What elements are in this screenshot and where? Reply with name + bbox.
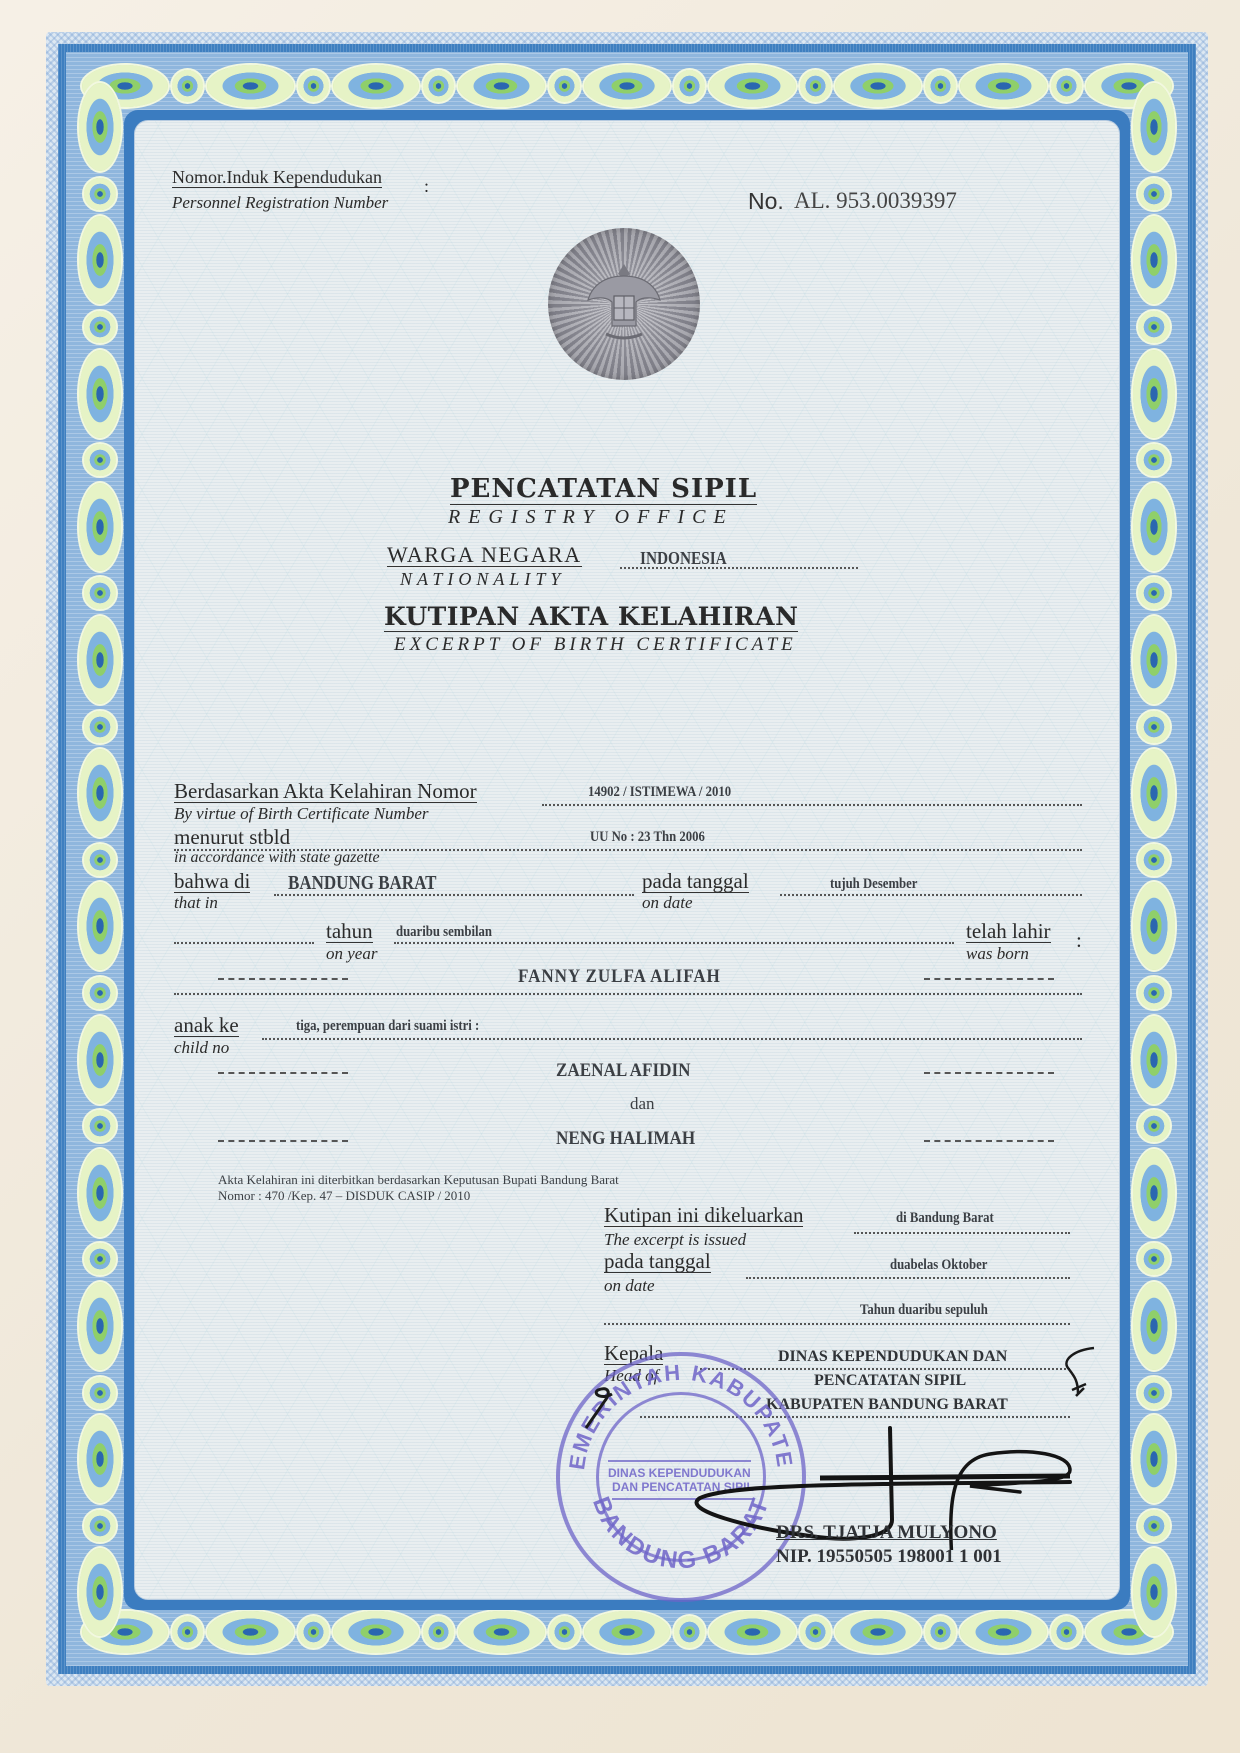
year-dotline <box>394 942 954 944</box>
office-title-en: REGISTRY OFFICE <box>448 506 734 529</box>
issued-date-value: duabelas Oktober <box>890 1257 987 1274</box>
issued-place-label: Kutipan ini dikeluarkan <box>604 1204 803 1227</box>
paraf-mark-right <box>1054 1344 1100 1404</box>
paraf-mark-left <box>582 1382 622 1432</box>
ornament-lens-icon <box>331 63 421 109</box>
office-line-3: KABUPATEN BANDUNG BARAT <box>766 1396 1008 1414</box>
ornament-lens-icon <box>77 880 123 972</box>
issued-date-dotline <box>746 1277 1070 1279</box>
issued-year-dotline <box>604 1323 1070 1325</box>
ornament-lens-icon <box>331 1609 421 1655</box>
decree-line-1: Akta Kelahiran ini diterbitkan berdasark… <box>218 1172 619 1188</box>
ornament-lens-icon <box>1136 1375 1172 1411</box>
ornament-lens-icon <box>1049 68 1084 104</box>
ornament-lens-icon <box>1131 81 1177 173</box>
official-name: DRS. TJATJA MULYONO <box>776 1522 997 1544</box>
ornament-lens-icon <box>547 1614 582 1650</box>
ornament-lens-icon <box>170 68 205 104</box>
mother-name: NENG HALIMAH <box>556 1128 695 1150</box>
ornament-lens-icon <box>205 63 295 109</box>
ornament-lens-icon <box>77 1014 123 1106</box>
mother-dash-left <box>218 1140 348 1142</box>
gazette-value: UU No : 23 Thn 2006 <box>590 829 705 846</box>
nationality-label-en: NATIONALITY <box>400 569 565 590</box>
mother-dash-right <box>924 1140 1054 1142</box>
ornament-lens-icon <box>707 1609 797 1655</box>
ornament-lens-icon <box>82 309 118 345</box>
document-title-en: EXCERPT OF BIRTH CERTIFICATE <box>394 634 797 656</box>
year-value: duaribu sembilan <box>396 924 492 941</box>
ornament-lens-icon <box>1131 1014 1177 1106</box>
garuda-bird-icon <box>584 256 664 346</box>
ornament-lens-icon <box>77 1147 123 1239</box>
ornament-lens-icon <box>82 1375 118 1411</box>
ornament-lens-icon <box>77 481 123 573</box>
gazette-dotline <box>174 849 1082 851</box>
ornament-lens-icon <box>1136 309 1172 345</box>
ornament-lens-icon <box>923 68 958 104</box>
gazette-label: menurut stbld <box>174 825 290 850</box>
ornament-lens-icon <box>1136 709 1172 745</box>
garuda-emblem-icon <box>548 228 700 380</box>
certificate-number-label: Berdasarkan Akta Kelahiran Nomor <box>174 780 477 803</box>
nik-colon: : <box>424 176 429 197</box>
ornament-chain-left <box>72 80 128 1640</box>
ornament-lens-icon <box>421 68 456 104</box>
ornament-lens-icon <box>1131 481 1177 573</box>
ornament-lens-icon <box>1131 1413 1177 1505</box>
ornament-lens-icon <box>1131 614 1177 706</box>
ornament-lens-icon <box>672 1614 707 1650</box>
place-label-en: that in <box>174 893 218 913</box>
ornament-chain-top <box>80 58 1174 114</box>
ornament-lens-icon <box>82 975 118 1011</box>
name-dash-left <box>218 978 348 980</box>
ornament-lens-icon <box>1136 1241 1172 1277</box>
ornament-lens-icon <box>82 575 118 611</box>
year-prefix-dotline <box>174 942 314 944</box>
ornament-lens-icon <box>82 176 118 212</box>
ornament-lens-icon <box>1049 1614 1084 1650</box>
document-title: KUTIPAN AKTA KELAHIRAN <box>384 602 798 632</box>
child-order-label: anak ke <box>174 1014 239 1037</box>
ornament-lens-icon <box>798 68 833 104</box>
ornament-lens-icon <box>582 1609 672 1655</box>
nik-sublabel: Personnel Registration Number <box>172 193 388 213</box>
ornament-lens-icon <box>456 1609 546 1655</box>
ornament-lens-icon <box>1131 747 1177 839</box>
ornament-lens-icon <box>82 1508 118 1544</box>
ornament-lens-icon <box>421 1614 456 1650</box>
ornament-chain-bottom <box>80 1604 1174 1660</box>
official-nip: NIP. 19550505 198001 1 001 <box>776 1546 1002 1568</box>
date-dotline <box>780 894 1082 896</box>
ornament-lens-icon <box>205 1609 295 1655</box>
ornament-lens-icon <box>1136 176 1172 212</box>
ornament-lens-icon <box>547 68 582 104</box>
ornament-lens-icon <box>1136 442 1172 478</box>
ornament-lens-icon <box>170 1614 205 1650</box>
ornament-lens-icon <box>1136 575 1172 611</box>
ornament-lens-icon <box>82 442 118 478</box>
ornament-lens-icon <box>1131 214 1177 306</box>
ornament-lens-icon <box>798 1614 833 1650</box>
nationality-dotline <box>620 567 858 569</box>
ornament-lens-icon <box>77 1280 123 1372</box>
ornament-lens-icon <box>82 1241 118 1277</box>
nik-label: Nomor.Induk Kependudukan <box>172 168 382 188</box>
ornament-lens-icon <box>833 1609 923 1655</box>
child-order-label-en: child no <box>174 1038 229 1058</box>
father-dash-left <box>218 1072 348 1074</box>
ornament-lens-icon <box>1136 1108 1172 1144</box>
year-label: tahun <box>326 920 373 943</box>
ornament-lens-icon <box>582 63 672 109</box>
ornament-lens-icon <box>77 348 123 440</box>
date-label-en: on date <box>642 893 693 913</box>
father-name: ZAENAL AFIDIN <box>556 1060 690 1082</box>
ornament-lens-icon <box>82 842 118 878</box>
certificate-number-dotline <box>542 804 1082 806</box>
child-order-value: tiga, perempuan dari suami istri : <box>296 1018 479 1035</box>
ornament-lens-icon <box>82 709 118 745</box>
decree-line-2: Nomor : 470 /Kep. 47 – DISDUK CASIP / 20… <box>218 1188 470 1204</box>
child-name: FANNY ZULFA ALIFAH <box>518 966 721 988</box>
name-dash-right <box>924 978 1054 980</box>
child-name-dotline <box>174 993 1082 995</box>
ornament-lens-icon <box>77 747 123 839</box>
father-dash-right <box>924 1072 1054 1074</box>
place-label: bahwa di <box>174 870 250 893</box>
certificate-number-value: 14902 / ISTIMEWA / 2010 <box>588 784 731 801</box>
ornament-lens-icon <box>456 63 546 109</box>
place-dotline <box>274 894 634 896</box>
year-label-en: on year <box>326 944 377 964</box>
date-value: tujuh Desember <box>830 876 917 893</box>
conjunction: dan <box>630 1094 655 1114</box>
ornament-lens-icon <box>1136 842 1172 878</box>
office-line-2: PENCATATAN SIPIL <box>814 1372 966 1390</box>
ornament-lens-icon <box>296 68 331 104</box>
issued-place-dotline <box>854 1232 1070 1234</box>
ornament-lens-icon <box>1131 880 1177 972</box>
ornament-lens-icon <box>77 1413 123 1505</box>
serial-number: AL. 953.0039397 <box>794 188 957 214</box>
ornament-lens-icon <box>1136 975 1172 1011</box>
issued-place-label-en: The excerpt is issued <box>604 1230 746 1250</box>
issued-year-value: Tahun duaribu sepuluh <box>860 1302 988 1319</box>
ornament-lens-icon <box>1131 1546 1177 1638</box>
office-title: PENCATATAN SIPIL <box>450 474 757 505</box>
born-label-en: was born <box>966 944 1029 964</box>
issued-date-label: pada tanggal <box>604 1250 711 1273</box>
ornament-lens-icon <box>1131 1147 1177 1239</box>
ornament-lens-icon <box>77 1546 123 1638</box>
ornament-lens-icon <box>77 214 123 306</box>
ornament-lens-icon <box>958 1609 1048 1655</box>
ornament-lens-icon <box>296 1614 331 1650</box>
ornament-lens-icon <box>923 1614 958 1650</box>
place-value: BANDUNG BARAT <box>288 872 436 895</box>
ornament-chain-right <box>1126 80 1182 1640</box>
ornament-lens-icon <box>1131 348 1177 440</box>
certificate-number-label-en: By virtue of Birth Certificate Number <box>174 804 429 824</box>
office-line-1: DINAS KEPENDUDUKAN DAN <box>778 1348 1007 1366</box>
nationality-value: INDONESIA <box>640 548 727 569</box>
born-label: telah lahir <box>966 920 1051 943</box>
ornament-lens-icon <box>82 1108 118 1144</box>
date-label: pada tanggal <box>642 870 749 893</box>
issued-date-label-en: on date <box>604 1276 655 1296</box>
child-order-dotline <box>262 1038 1082 1040</box>
nationality-label: WARGA NEGARA <box>387 543 582 567</box>
ornament-lens-icon <box>77 614 123 706</box>
ornament-lens-icon <box>77 81 123 173</box>
ornament-lens-icon <box>707 63 797 109</box>
serial-prefix: No. <box>748 188 784 215</box>
ornament-lens-icon <box>958 63 1048 109</box>
issued-place-value: di Bandung Barat <box>896 1210 994 1227</box>
gazette-label-en: in accordance with state gazette <box>174 849 380 867</box>
ornament-lens-icon <box>1131 1280 1177 1372</box>
ornament-lens-icon <box>672 68 707 104</box>
ornament-lens-icon <box>833 63 923 109</box>
ornament-lens-icon <box>1136 1508 1172 1544</box>
born-colon: : <box>1076 928 1082 953</box>
